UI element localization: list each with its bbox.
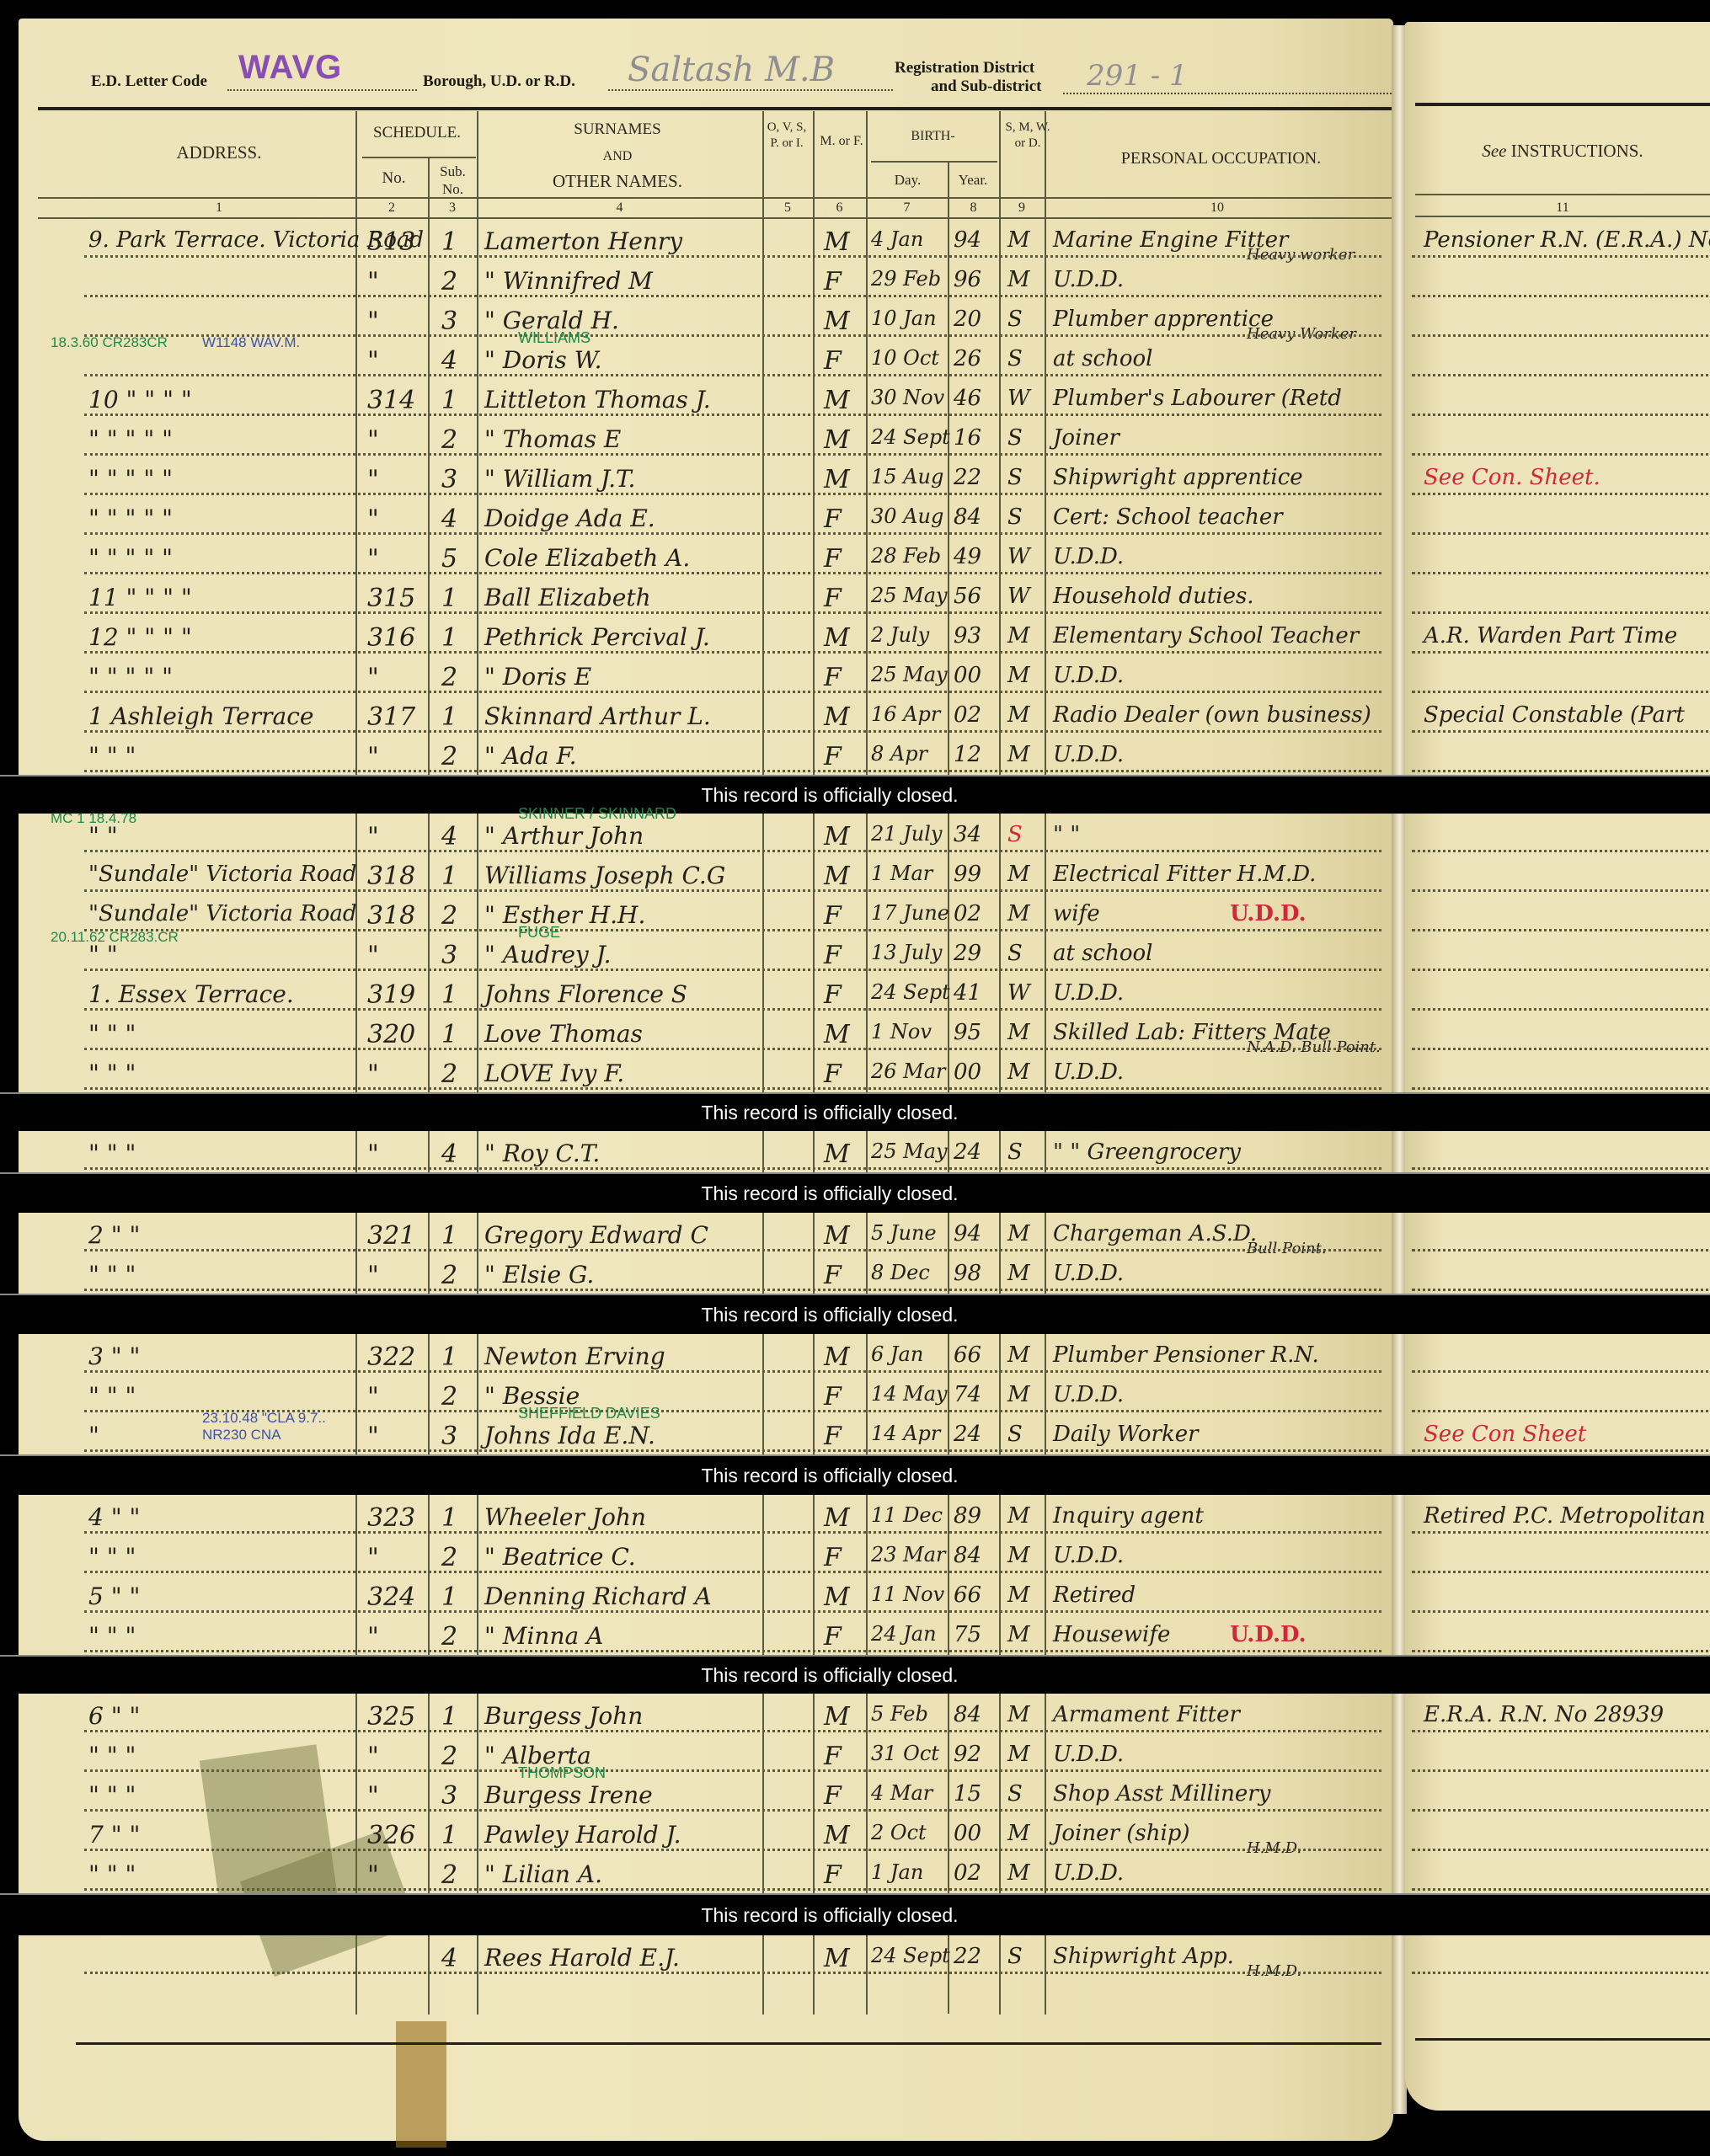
row-rule: [84, 1571, 1381, 1573]
row-rule-right: [1412, 1008, 1710, 1011]
birth-year-cell: 02: [954, 901, 981, 926]
address-cell: " " ": [88, 1622, 136, 1650]
schedule-sub-number-cell: 1: [441, 1702, 457, 1732]
occupation-cell: Plumber Pensioner R.N.: [1053, 1342, 1319, 1368]
instructions-cell: Special Constable (Part: [1424, 702, 1685, 728]
birth-year-cell: 66: [954, 1582, 981, 1608]
sex-cell: M: [824, 386, 850, 415]
schedule-number-cell: 319: [367, 980, 415, 1010]
footer-rule-right: [1415, 2038, 1710, 2041]
name-cell: " Winnifred M: [484, 267, 653, 295]
schedule-number-cell: 322: [367, 1342, 415, 1372]
schedule-number-cell: ": [367, 1742, 379, 1771]
marital-status-cell: M: [1007, 663, 1030, 688]
margin-annotation-green: MC 1 18.4.78: [51, 810, 236, 827]
birth-divider: [871, 161, 997, 163]
marital-status-cell: S: [1007, 465, 1023, 490]
birth-day-cell: 14 Apr: [871, 1422, 940, 1445]
occupation-cell: Shipwright apprentice: [1053, 465, 1303, 490]
marital-status-cell: M: [1007, 742, 1030, 767]
instructions-cell: A.R. Warden Part Time: [1424, 623, 1677, 648]
schedule-number-cell: 321: [367, 1221, 415, 1251]
birth-year-cell: 02: [954, 702, 981, 728]
ed-letter-code-label: E.D. Letter Code: [91, 72, 207, 91]
name-cell: Denning Richard A: [484, 1582, 712, 1610]
schedule-sub-number-cell: 2: [441, 1059, 457, 1089]
schedule-sub-number-cell: 1: [441, 1503, 457, 1533]
column-number: 6: [813, 200, 866, 216]
schedule-sub-number-cell: 2: [441, 1742, 457, 1771]
schedule-sub-number-cell: 1: [441, 702, 457, 732]
schedule-divider: [362, 157, 476, 158]
birth-year-cell: 99: [954, 862, 981, 887]
birth-day-cell: 25 May: [871, 1139, 948, 1163]
row-rule-right: [1412, 374, 1710, 376]
margin-annotation-green: 20.11.62 CR283.CR: [51, 929, 236, 946]
birth-day-cell: 31 Oct: [871, 1742, 939, 1765]
occupation-cell: U.D.D.: [1053, 1543, 1124, 1568]
address-cell: 3 " ": [88, 1342, 140, 1370]
occupation-cell: Armament Fitter: [1053, 1702, 1240, 1727]
name-annotation: SKINNER / SKINNARD: [518, 805, 676, 823]
address-cell: " " " " ": [88, 504, 173, 532]
row-rule: [84, 730, 1381, 733]
row-rule-right: [1412, 1571, 1710, 1573]
borough-value: Saltash M.B: [628, 51, 835, 89]
closed-record-bar: This record is officially closed.: [0, 775, 1710, 814]
closed-record-notice: This record is officially closed.: [701, 1304, 958, 1326]
schedule-number-cell: ": [367, 1261, 379, 1290]
sex-cell: M: [824, 465, 850, 494]
birth-day-cell: 24 Jan: [871, 1622, 937, 1646]
birth-day-cell: 21 July: [871, 822, 942, 846]
column-number: 8: [948, 200, 999, 216]
schedule-number-cell: ": [367, 822, 379, 851]
col-rule: [866, 111, 868, 2015]
occupation-cell: Housewife: [1053, 1622, 1170, 1647]
address-cell: 11 " " " ": [88, 584, 192, 611]
birth-day-cell: 24 Sept: [871, 425, 950, 449]
margin-annotation-blue: 23.10.48 "CLA 9.7.. NR230 CNA: [202, 1410, 345, 1444]
occupation-red-annotation: U.D.D.: [1230, 901, 1307, 926]
row-rule: [84, 1249, 1381, 1251]
row-rule-right: [1412, 1167, 1710, 1170]
schedule-number-cell: 316: [367, 623, 415, 653]
schedule-number-cell: 318: [367, 862, 415, 891]
schedule-number-cell: ": [367, 1382, 379, 1412]
name-cell: " Ada F.: [484, 742, 576, 770]
sex-cell: M: [824, 822, 850, 851]
schedule-number-cell: ": [367, 1781, 379, 1811]
birth-day-cell: 30 Nov: [871, 386, 944, 409]
birth-year-cell: 20: [954, 307, 981, 332]
marital-status-cell: M: [1007, 1020, 1030, 1045]
occupation-cell: Cert: School teacher: [1053, 504, 1283, 530]
occupation-cell: U.D.D.: [1053, 980, 1124, 1006]
occupation-cell: U.D.D.: [1053, 663, 1124, 688]
col-schedule-header: SCHEDULE.: [358, 123, 476, 143]
occupation-cell: Joiner: [1053, 425, 1120, 451]
occupation-cell: Electrical Fitter H.M.D.: [1053, 862, 1316, 887]
closed-record-notice: This record is officially closed.: [701, 1182, 958, 1205]
marital-status-cell: W: [1007, 980, 1030, 1006]
address-cell: 12 " " " ": [88, 623, 192, 651]
column-number: 2: [355, 200, 428, 216]
birth-year-cell: 84: [954, 1702, 981, 1727]
address-cell: " " ": [88, 1543, 136, 1571]
occupation-red-annotation: U.D.D.: [1230, 1622, 1307, 1647]
schedule-number-cell: 320: [367, 1020, 415, 1049]
marital-status-cell: S: [1007, 504, 1023, 530]
row-rule-right: [1412, 770, 1710, 772]
closed-record-bar: This record is officially closed.: [0, 1655, 1710, 1694]
row-rule: [84, 1610, 1381, 1613]
row-rule-right: [1412, 1972, 1710, 1974]
birth-year-cell: 15: [954, 1781, 981, 1806]
occupation-cell: U.D.D.: [1053, 742, 1124, 767]
birth-year-cell: 26: [954, 346, 981, 371]
schedule-number-cell: 325: [367, 1702, 415, 1732]
birth-year-cell: 98: [954, 1261, 981, 1286]
schedule-sub-number-cell: 4: [441, 1139, 457, 1169]
address-cell: 10 " " " ": [88, 386, 192, 414]
birth-year-cell: 66: [954, 1342, 981, 1368]
schedule-sub-number-cell: 1: [441, 1582, 457, 1612]
occupation-cell: Retired: [1053, 1582, 1136, 1608]
marital-status-cell: S: [1007, 1944, 1023, 1969]
schedule-sub-number-cell: 2: [441, 1622, 457, 1652]
sex-cell: F: [824, 1261, 842, 1290]
address-cell: 1 Ashleigh Terrace: [88, 702, 313, 730]
marital-status-cell: M: [1007, 227, 1030, 253]
row-rule: [84, 929, 1381, 931]
row-rule: [84, 850, 1381, 852]
row-rule-right: [1412, 1888, 1710, 1891]
schedule-sub-number-cell: 4: [441, 504, 457, 534]
row-rule: [84, 611, 1381, 614]
column-number: 11: [1415, 200, 1710, 216]
birth-year-cell: 00: [954, 1059, 981, 1085]
schedule-number-cell: ": [367, 504, 379, 534]
address-cell: " " ": [88, 1382, 136, 1410]
occupation-cell: at school: [1053, 941, 1153, 966]
schedule-sub-number-cell: 4: [441, 1944, 457, 1973]
birth-year-cell: 84: [954, 1543, 981, 1568]
sex-cell: M: [824, 1944, 850, 1973]
address-cell: " " " " ": [88, 465, 173, 493]
marital-status-cell: M: [1007, 1059, 1030, 1085]
schedule-sub-number-cell: 3: [441, 941, 457, 970]
row-rule-right: [1412, 255, 1710, 258]
occupation-cell: Daily Worker: [1053, 1422, 1199, 1447]
address-cell: "Sundale" Victoria Road: [88, 862, 357, 887]
schedule-sub-number-cell: 2: [441, 742, 457, 771]
schedule-sub-number-cell: 1: [441, 227, 457, 257]
closed-record-notice: This record is officially closed.: [701, 1664, 958, 1687]
row-rule-right: [1412, 1449, 1710, 1452]
marital-status-cell: M: [1007, 901, 1030, 926]
sex-cell: F: [824, 584, 842, 613]
name-cell: Williams Joseph C.G: [484, 862, 725, 889]
occupation-cell: Joiner (ship): [1053, 1821, 1190, 1846]
sex-cell: M: [824, 862, 850, 891]
birth-year-cell: 24: [954, 1422, 981, 1447]
occupation-cell: Radio Dealer (own business): [1053, 702, 1371, 728]
name-cell: Rees Harold E.J.: [484, 1944, 680, 1972]
col-surnames-l3: OTHER NAMES.: [478, 170, 756, 192]
row-rule-right: [1412, 1610, 1710, 1613]
sex-cell: F: [824, 346, 842, 376]
birth-day-cell: 11 Nov: [871, 1582, 944, 1606]
registration-value: 291 - 1: [1087, 59, 1188, 93]
birth-year-cell: 93: [954, 623, 981, 648]
address-cell: " " ": [88, 742, 136, 770]
name-cell: Johns Florence S: [484, 980, 687, 1008]
schedule-sub-number-cell: 2: [441, 1860, 457, 1890]
sex-cell: M: [824, 1503, 850, 1533]
header-bottom-rule-right: [1415, 194, 1710, 195]
marital-status-cell: W: [1007, 544, 1030, 569]
name-cell: " Minna A: [484, 1622, 603, 1650]
row-rule-right: [1412, 611, 1710, 614]
row-rule-right: [1412, 691, 1710, 693]
name-cell: Johns Ida E.N.: [484, 1422, 655, 1449]
address-cell: 2 " ": [88, 1221, 140, 1249]
birth-day-cell: 2 July: [871, 623, 929, 647]
borough-label: Borough, U.D. or R.D.: [423, 72, 575, 91]
row-rule: [84, 889, 1381, 892]
sex-cell: F: [824, 1543, 842, 1572]
birth-day-cell: 28 Feb: [871, 544, 941, 568]
row-rule: [84, 1531, 1381, 1534]
marital-status-cell: S: [1007, 941, 1023, 966]
schedule-sub-number-cell: 3: [441, 1781, 457, 1811]
sex-cell: M: [824, 1702, 850, 1732]
sex-cell: F: [824, 980, 842, 1010]
col-rule: [477, 111, 478, 2015]
name-cell: Wheeler John: [484, 1503, 646, 1531]
registration-dotted-line: [1063, 93, 1392, 94]
sex-cell: M: [824, 702, 850, 732]
schedule-number-cell: 324: [367, 1582, 415, 1612]
occupation-cell: Shop Asst Millinery: [1053, 1781, 1270, 1806]
sex-cell: M: [824, 1821, 850, 1850]
occupation-cell: U.D.D.: [1053, 1742, 1124, 1767]
schedule-sub-number-cell: 2: [441, 1543, 457, 1572]
schedule-number-cell: ": [367, 1059, 379, 1089]
schedule-sub-number-cell: 2: [441, 663, 457, 692]
header-rule-right: [1415, 103, 1710, 106]
closed-record-bar: This record is officially closed.: [0, 1893, 1710, 1935]
column-number: 5: [762, 200, 813, 216]
col-occupation: PERSONAL OCCUPATION.: [1055, 148, 1387, 169]
row-rule: [84, 414, 1381, 416]
registration-label-2: and Sub-district: [931, 77, 1041, 96]
birth-year-cell: 89: [954, 1503, 981, 1529]
column-number: 4: [477, 200, 762, 216]
birth-year-cell: 94: [954, 227, 981, 253]
marital-status-cell: M: [1007, 1382, 1030, 1407]
birth-day-cell: 17 June: [871, 901, 949, 925]
address-cell: 4 " ": [88, 1503, 140, 1531]
col-rule: [1045, 111, 1046, 2015]
col-birth-day: Day.: [868, 171, 948, 189]
schedule-sub-number-cell: 1: [441, 1020, 457, 1049]
birth-day-cell: 1 Mar: [871, 862, 932, 885]
schedule-sub-number-cell: 1: [441, 623, 457, 653]
row-rule: [84, 255, 1381, 258]
name-cell: " Lilian A.: [484, 1860, 602, 1888]
sex-cell: F: [824, 1382, 842, 1412]
row-rule: [84, 651, 1381, 654]
row-rule: [84, 1650, 1381, 1652]
schedule-number-cell: 318: [367, 901, 415, 931]
row-rule-right: [1412, 532, 1710, 535]
row-rule-right: [1412, 651, 1710, 654]
birth-year-cell: 22: [954, 1944, 981, 1969]
marital-status-cell: S: [1007, 346, 1023, 371]
sex-cell: M: [824, 1342, 850, 1372]
schedule-number-cell: ": [367, 1622, 379, 1652]
schedule-number-cell: ": [367, 465, 379, 494]
schedule-number-cell: ": [367, 1422, 379, 1451]
col-surnames-l2: AND: [478, 148, 756, 165]
occupation-cell: " ": [1053, 822, 1080, 847]
name-cell: Burgess John: [484, 1702, 643, 1730]
schedule-sub-number-cell: 1: [441, 1821, 457, 1850]
address-cell: 6 " ": [88, 1702, 140, 1730]
instructions-cell: See Con Sheet: [1424, 1422, 1586, 1447]
marital-status-cell: M: [1007, 1503, 1030, 1529]
marital-status-cell: M: [1007, 1261, 1030, 1286]
schedule-sub-number-cell: 1: [441, 1342, 457, 1372]
ed-code-dotted-line: [227, 89, 417, 91]
ed-letter-code-stamp: WAVG: [238, 49, 342, 87]
row-rule-right: [1412, 1087, 1710, 1090]
occupation-cell: U.D.D.: [1053, 1059, 1124, 1085]
name-cell: " Thomas E: [484, 425, 621, 453]
sex-cell: M: [824, 1582, 850, 1612]
occupation-cell: U.D.D.: [1053, 1860, 1124, 1886]
col-birth: BIRTH-: [868, 128, 998, 145]
row-rule-right: [1412, 929, 1710, 931]
birth-day-cell: 4 Jan: [871, 227, 923, 251]
birth-day-cell: 1 Nov: [871, 1020, 932, 1043]
col-schedule-sub: Sub. No.: [430, 163, 476, 199]
schedule-sub-number-cell: 2: [441, 267, 457, 296]
row-rule-right: [1412, 453, 1710, 456]
occupation-cell: U.D.D.: [1053, 1261, 1124, 1286]
closed-record-notice: This record is officially closed.: [701, 1102, 958, 1124]
col-instructions: See INSTRUCTIONS.: [1415, 140, 1710, 162]
row-rule: [84, 1087, 1381, 1090]
sex-cell: M: [824, 227, 850, 257]
row-rule-right: [1412, 334, 1710, 337]
schedule-number-cell: 313: [367, 227, 415, 257]
birth-day-cell: 25 May: [871, 584, 948, 607]
marital-status-cell: M: [1007, 702, 1030, 728]
marital-status-cell: M: [1007, 1821, 1030, 1846]
name-cell: " Elsie G.: [484, 1261, 594, 1289]
birth-year-cell: 74: [954, 1382, 981, 1407]
schedule-sub-number-cell: 2: [441, 1261, 457, 1290]
name-annotation: THOMPSON: [518, 1764, 606, 1782]
birth-year-cell: 56: [954, 584, 981, 609]
row-rule: [84, 1849, 1381, 1851]
occupation-cell: wife: [1053, 901, 1100, 926]
name-cell: Littleton Thomas J.: [484, 386, 711, 414]
schedule-sub-number-cell: 4: [441, 822, 457, 851]
schedule-sub-number-cell: 1: [441, 386, 457, 415]
row-rule: [84, 453, 1381, 456]
row-rule: [84, 1769, 1381, 1772]
address-cell: 5 " ": [88, 1582, 140, 1610]
occupation-cell: Plumber's Labourer (Retd: [1053, 386, 1342, 411]
sex-cell: M: [824, 307, 850, 336]
occupation-cell: Shipwright App.: [1053, 1944, 1234, 1969]
birth-day-cell: 23 Mar: [871, 1543, 946, 1566]
schedule-number-cell: ": [367, 1543, 379, 1572]
marital-status-cell: M: [1007, 1221, 1030, 1246]
schedule-number-cell: 323: [367, 1503, 415, 1533]
row-rule: [84, 1888, 1381, 1891]
closed-record-bar: This record is officially closed.: [0, 1454, 1710, 1495]
row-rule: [84, 1809, 1381, 1812]
row-rule-right: [1412, 969, 1710, 971]
occupation-cell: U.D.D.: [1053, 1382, 1124, 1407]
birth-year-cell: 00: [954, 1821, 981, 1846]
header-rule: [38, 107, 1392, 110]
row-rule-right: [1412, 1048, 1710, 1050]
name-cell: Love Thomas: [484, 1020, 643, 1048]
schedule-number-cell: ": [367, 267, 379, 296]
name-cell: Gregory Edward C: [484, 1221, 708, 1249]
address-cell: " " ": [88, 1860, 136, 1888]
marital-status-cell: M: [1007, 1742, 1030, 1767]
row-rule-right: [1412, 889, 1710, 892]
schedule-number-cell: 317: [367, 702, 415, 732]
schedule-sub-number-cell: 3: [441, 307, 457, 336]
address-cell: " " ": [88, 1139, 136, 1167]
schedule-number-cell: ": [367, 425, 379, 455]
sex-cell: F: [824, 1781, 842, 1811]
birth-year-cell: 92: [954, 1742, 981, 1767]
schedule-number-cell: 326: [367, 1821, 415, 1850]
birth-day-cell: 26 Mar: [871, 1059, 946, 1083]
column-number: 9: [999, 200, 1045, 216]
birth-year-cell: 49: [954, 544, 981, 569]
birth-day-cell: 15 Aug: [871, 465, 943, 488]
name-cell: Burgess Irene: [484, 1781, 653, 1809]
tape-stain: [396, 2021, 446, 2148]
row-rule: [84, 1167, 1381, 1170]
address-cell: " " ": [88, 1020, 136, 1048]
marital-status-cell: W: [1007, 584, 1030, 609]
schedule-sub-number-cell: 3: [441, 465, 457, 494]
row-rule: [84, 493, 1381, 495]
birth-day-cell: 1 Jan: [871, 1860, 923, 1884]
closed-record-notice: This record is officially closed.: [701, 1465, 958, 1487]
row-rule-right: [1412, 493, 1710, 495]
occupation-cell: at school: [1053, 346, 1153, 371]
sex-cell: F: [824, 663, 842, 692]
sex-cell: F: [824, 1742, 842, 1771]
name-cell: LOVE Ivy F.: [484, 1059, 624, 1087]
birth-year-cell: 84: [954, 504, 981, 530]
address-cell: " " ": [88, 1261, 136, 1289]
column-number: 3: [428, 200, 477, 216]
header-bottom-rule: [38, 197, 1392, 199]
